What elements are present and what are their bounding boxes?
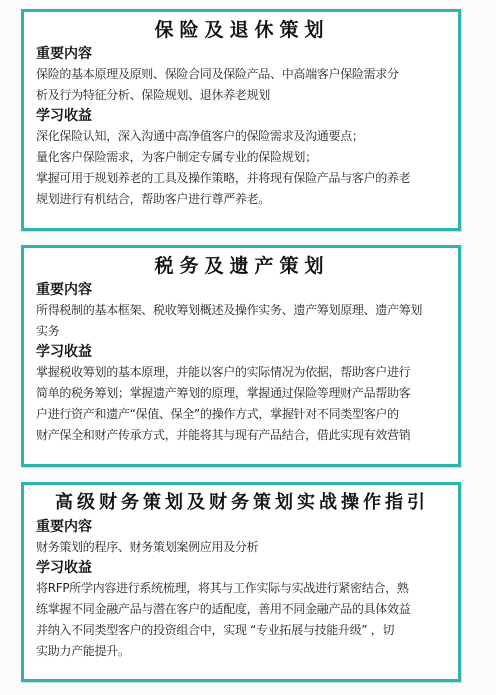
- benefit-heading: 学习收益: [36, 558, 448, 578]
- card-title: 税务及遗产策划: [36, 252, 448, 280]
- course-card-tax: 税务及遗产策划 重要内容 所得税制的基本框架、税收筹划概述及操作实务、遗产筹划原…: [21, 245, 461, 467]
- benefit-line: 实助力产能提升。: [36, 641, 448, 662]
- course-card-advanced-planning: 高级财务策划及财务策划实战操作指引 重要内容 财务策划的程序、财务策划案例应用及…: [21, 482, 461, 682]
- content-line: 析及行为特征分析、保险规划、退休养老规划: [36, 85, 448, 106]
- content-line: 财务策划的程序、财务策划案例应用及分析: [36, 537, 448, 558]
- benefit-line: 深化保险认知，深入沟通中高净值客户的保险需求及沟通要点；: [36, 126, 448, 147]
- benefit-line: 财产保全和财产传承方式，并能将其与现有产品结合，借此实现有效营销: [36, 425, 448, 446]
- content-heading: 重要内容: [36, 280, 448, 300]
- benefit-line: 掌握税收筹划的基本原理，并能以客户的实际情况为依据，帮助客户进行: [36, 362, 448, 383]
- benefit-heading: 学习收益: [36, 342, 448, 362]
- benefit-line: 规划进行有机结合，帮助客户进行尊严养老。: [36, 189, 448, 210]
- content-heading: 重要内容: [36, 44, 448, 64]
- card-title: 高级财务策划及财务策划实战操作指引: [36, 489, 448, 517]
- content-line: 所得税制的基本框架、税收筹划概述及操作实务、遗产筹划原理、遗产筹划: [36, 300, 448, 321]
- benefit-line: 掌握可用于规划养老的工具及操作策略，并将现有保险产品与客户的养老: [36, 168, 448, 189]
- benefit-line: 将RFP所学内容进行系统梳理，将其与工作实际与实战进行紧密结合，熟: [36, 578, 448, 599]
- content-heading: 重要内容: [36, 517, 448, 537]
- course-card-insurance: 保险及退休策划 重要内容 保险的基本原理及原则、保险合同及保险产品、中高端客户保…: [21, 9, 461, 231]
- benefit-line: 户进行资产和遗产“保值、保全”的操作方式，掌握针对不同类型客户的: [36, 404, 448, 425]
- benefit-line: 量化客户保险需求，为客户制定专属专业的保险规划；: [36, 147, 448, 168]
- benefit-line: 练掌握不同金融产品与潜在客户的适配度，善用不同金融产品的具体效益: [36, 599, 448, 620]
- benefit-line: 并纳入不同类型客户的投资组合中，实现 “专业拓展与技能升级” ，切: [36, 620, 448, 641]
- content-line: 实务: [36, 321, 448, 342]
- benefit-heading: 学习收益: [36, 106, 448, 126]
- content-line: 保险的基本原理及原则、保险合同及保险产品、中高端客户保险需求分: [36, 64, 448, 85]
- card-title: 保险及退休策划: [36, 16, 448, 44]
- benefit-line: 简单的税务筹划；掌握遗产筹划的原理，掌握通过保险等理财产品帮助客: [36, 383, 448, 404]
